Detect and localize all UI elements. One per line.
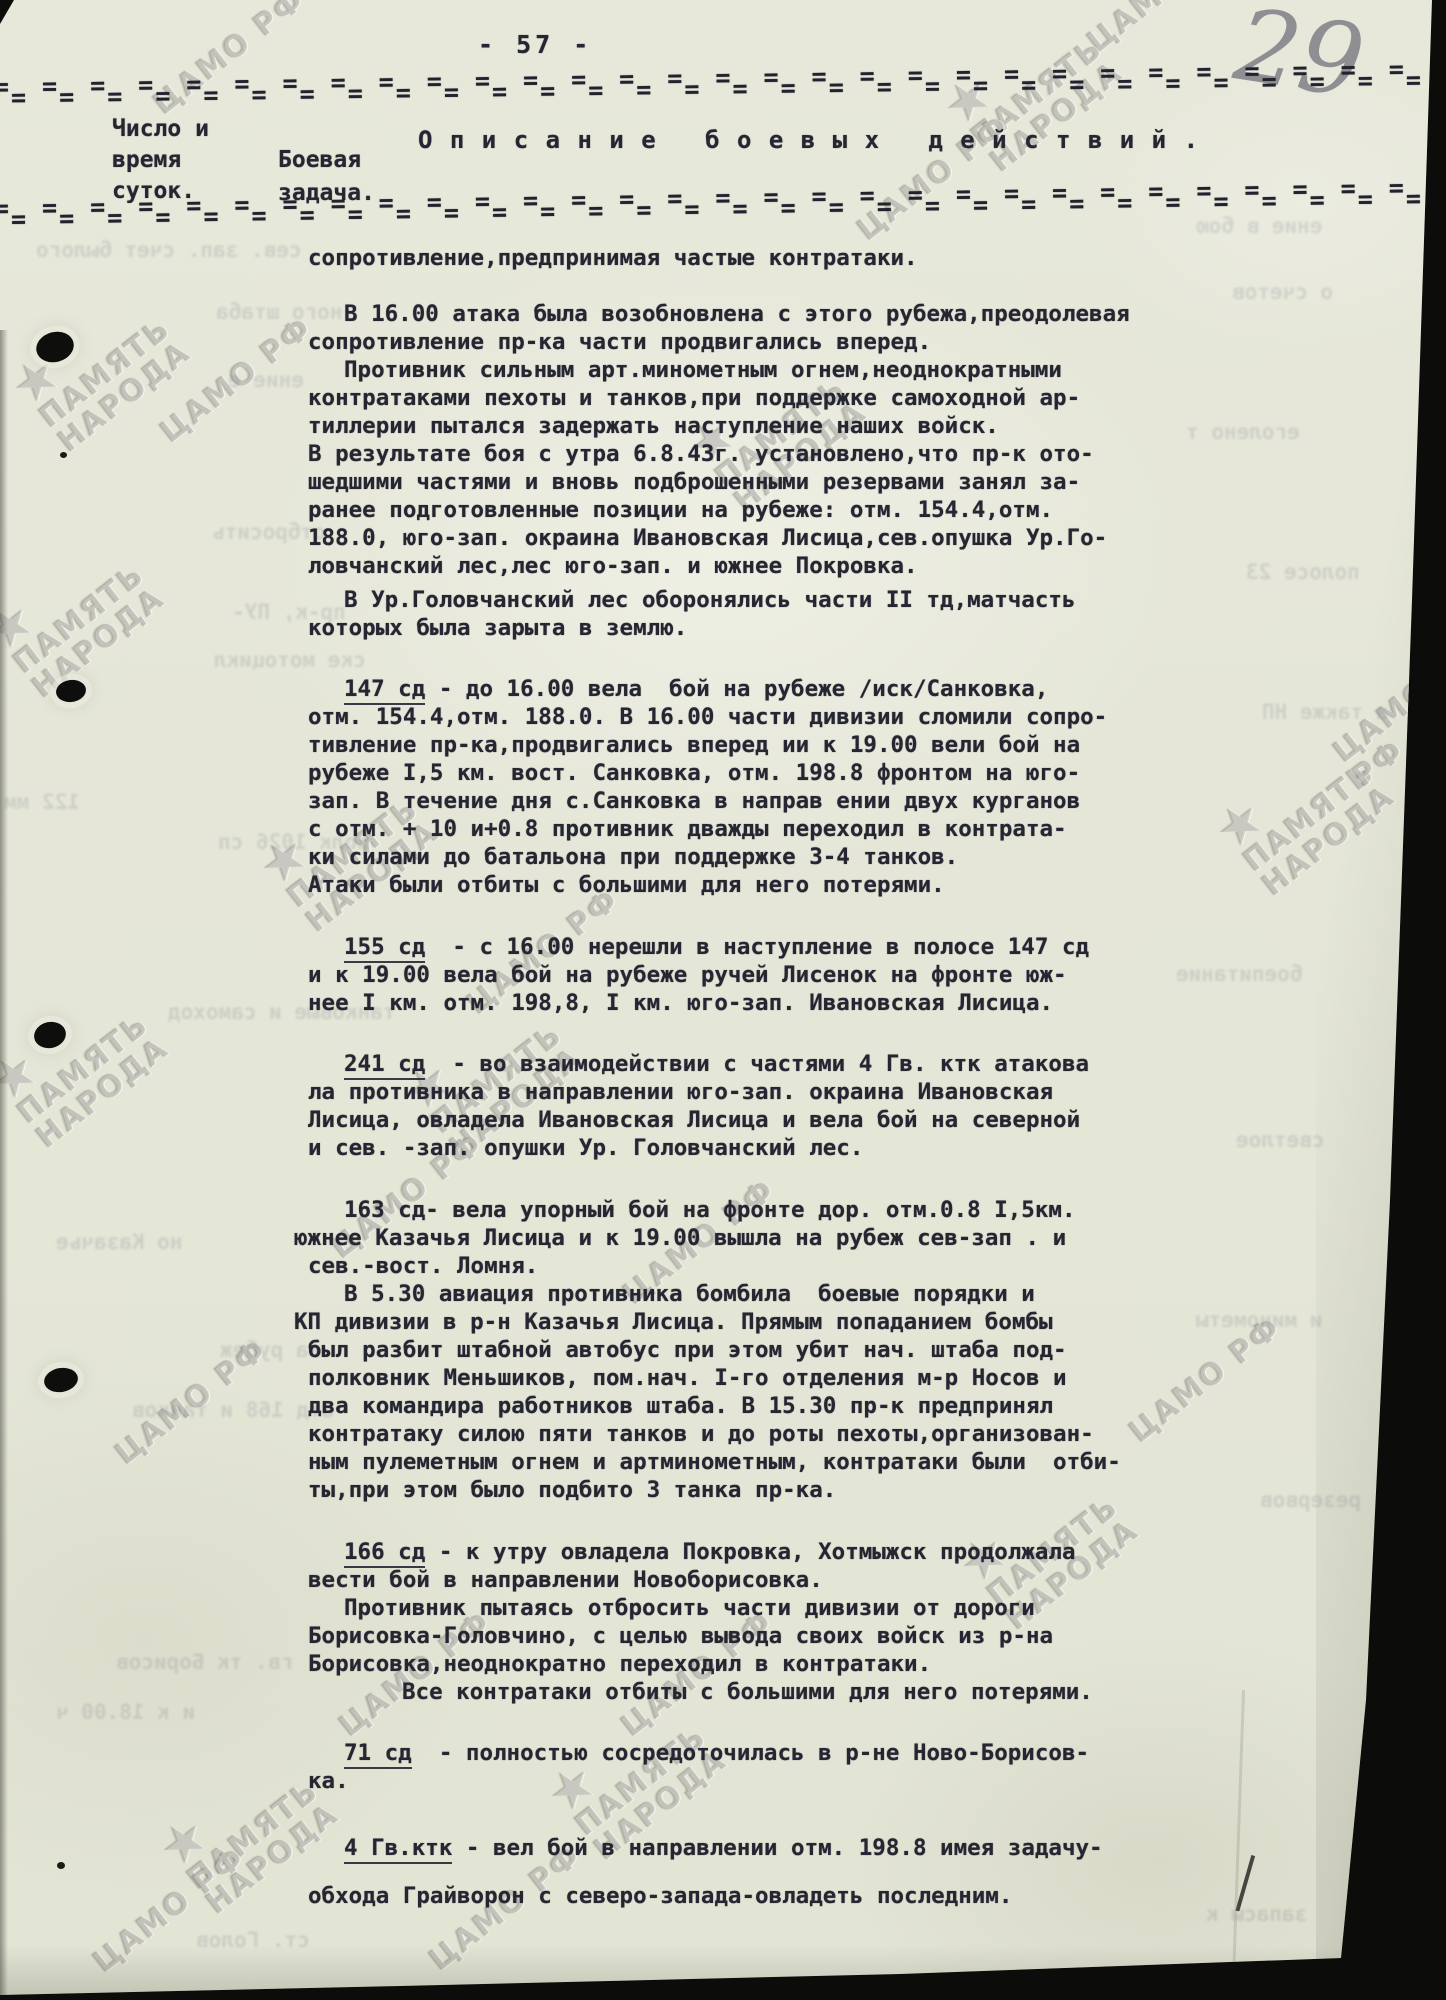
document-line: Противник пытаясь отбросить части дивизи… bbox=[308, 1594, 1168, 1622]
document-line: шедшими частями и вновь подброшенными ре… bbox=[308, 468, 1168, 496]
document-line: 163 сд- вела упорный бой на фронте дор. … bbox=[308, 1196, 1168, 1224]
scanned-page: ЦАМО РФЦАМО РФ★ПАМЯТЬНАРОДАЦАМО РФ★ПАМЯТ… bbox=[0, 0, 1446, 2000]
document-line: Борисовка-Головчино, с целью вывода свои… bbox=[308, 1622, 1168, 1650]
bleedthrough-text: и минометы bbox=[1196, 1308, 1322, 1332]
document-line: Все контратаки отбиты с большими для нег… bbox=[308, 1678, 1168, 1706]
bleedthrough-text: о счетов bbox=[1232, 280, 1333, 304]
bleedthrough-text: светлое bbox=[1236, 1128, 1325, 1152]
bleedthrough-text: ение е bbox=[228, 368, 304, 392]
bleedthrough-text: полосе 23 bbox=[1246, 560, 1360, 584]
document-line: сев.-вост. Ломня. bbox=[308, 1252, 1168, 1280]
document-line: ранее подготовленные позиции на рубеже: … bbox=[308, 496, 1168, 524]
document-line: контратаку силою пяти танков и до роты п… bbox=[308, 1420, 1168, 1448]
document-line: 241 сд - во взаимодействии с частями 4 Г… bbox=[308, 1050, 1168, 1078]
document-line: ки силами до батальона при поддержке 3-4… bbox=[308, 843, 1168, 871]
column-date-time-line: время bbox=[112, 145, 209, 176]
document-line: с отм. + 10 и+0.8 противник дважды перех… bbox=[308, 815, 1168, 843]
document-line: Борисовка,неоднократно переходил в контр… bbox=[308, 1650, 1168, 1678]
unit-designation: 4 Гв.ктк bbox=[344, 1835, 452, 1864]
document-line: зап. В течение дня с.Санковка в направ е… bbox=[308, 787, 1168, 815]
watermark-camo-rf: ЦАМО РФ bbox=[88, 1842, 251, 1979]
bleedthrough-text: 122 мм bbox=[4, 790, 80, 814]
unit-designation: 147 сд bbox=[344, 676, 425, 705]
punch-hole bbox=[55, 678, 88, 704]
ink-smudge bbox=[1235, 1855, 1266, 1915]
watermark-camo-rf: ЦАМО РФ bbox=[1328, 671, 1446, 793]
bleedthrough-text: еголено т bbox=[1186, 420, 1300, 444]
document-line: обхода Грайворон с северо-запада-овладет… bbox=[308, 1882, 1168, 1910]
dashed-separator-bottom: = = = = = = = = = = = = = = = = = = = = … bbox=[0, 181, 1446, 239]
column-date-time: Число и время суток. bbox=[112, 114, 209, 207]
document-line: Лисица, овладела Ивановская Лисица и вел… bbox=[308, 1106, 1168, 1134]
paper-speck bbox=[57, 1862, 65, 1869]
paper-sheet: ЦАМО РФЦАМО РФ★ПАМЯТЬНАРОДАЦАМО РФ★ПАМЯТ… bbox=[0, 0, 1446, 2000]
document-body: сопротивление,предпринимая частые контра… bbox=[308, 244, 1168, 1910]
punch-hole bbox=[32, 1019, 69, 1051]
document-line: которых была зарыта в землю. bbox=[308, 614, 1168, 642]
star-icon: ★ bbox=[1209, 723, 1362, 856]
watermark-camo-rf: ЦАМО РФ bbox=[1082, 0, 1245, 58]
document-line: ты,при этом было подбито 3 танка пр-ка. bbox=[308, 1476, 1168, 1504]
document-line: Атаки были отбиты с большими для него по… bbox=[308, 871, 1168, 899]
document-line: ла противника в направлении юго-зап. окр… bbox=[308, 1078, 1168, 1106]
punch-hole bbox=[33, 328, 77, 367]
document-line: нее I км. отм. 198,8, I км. юго-зап. Ива… bbox=[308, 989, 1168, 1017]
star-icon: ★ bbox=[0, 525, 132, 658]
watermark-camo-rf: ЦАМО РФ bbox=[110, 1334, 273, 1471]
dashed-separator-top: = = = = = = = = = = = = = = = = = = = = … bbox=[0, 63, 1446, 117]
document-line: контратаками пехоты и танков,при поддерж… bbox=[308, 384, 1168, 412]
document-line: вести бой в направлении Новоборисовка. bbox=[308, 1566, 1168, 1594]
document-line: КП дивизии в р-н Казачья Лисица. Прямым … bbox=[294, 1308, 1168, 1336]
watermark-camo-rf: ЦАМО РФ bbox=[155, 312, 318, 449]
unit-designation: 71 сд bbox=[344, 1740, 412, 1769]
bleedthrough-text: но Казачье bbox=[56, 1230, 182, 1254]
punch-hole bbox=[42, 1365, 80, 1395]
paper-edge-left bbox=[0, 330, 8, 2000]
document-line: сопротивление пр-ка части продвигались в… bbox=[308, 328, 1168, 356]
document-line: Противник сильным арт.минометным огнем,н… bbox=[308, 356, 1168, 384]
document-line: тиллерии пытался задержать наступление н… bbox=[308, 412, 1168, 440]
document-line: ным пулеметным огнем и артминометным, ко… bbox=[308, 1448, 1168, 1476]
document-line: В Ур.Головчанский лес оборонялись части … bbox=[308, 586, 1168, 614]
document-line: 166 сд - к утру овладела Покровка, Хотмы… bbox=[308, 1538, 1168, 1566]
bleedthrough-text: сев. зап. счет былого bbox=[36, 238, 302, 262]
document-line: рубеже I,5 км. вост. Санковка, отм. 198.… bbox=[308, 759, 1168, 787]
document-line: 188.0, юго-зап. окраина Ивановская Лисиц… bbox=[308, 524, 1168, 552]
document-line: два командира работников штаба. В 15.30 … bbox=[308, 1392, 1168, 1420]
bleedthrough-text: атд 168 и танков bbox=[132, 1398, 334, 1422]
document-line: полковник Меньшиков, пом.нач. I-го отдел… bbox=[308, 1364, 1168, 1392]
column-date-time-line: Число и bbox=[112, 114, 209, 145]
document-line: южнее Казачья Лисица и к 19.00 вышла на … bbox=[294, 1224, 1168, 1252]
bleedthrough-text: гв. тк Борисов bbox=[116, 1650, 293, 1674]
document-line: тивление пр-ка,продвигались вперед ии к … bbox=[308, 731, 1168, 759]
document-line: 4 Гв.ктк - вел бой в направлении отм. 19… bbox=[308, 1834, 1168, 1862]
bleedthrough-text: на рубеж bbox=[220, 1338, 321, 1362]
page-number: - 57 - bbox=[478, 30, 592, 59]
bleedthrough-text: боепитание bbox=[1176, 962, 1302, 986]
watermark-pamyat-naroda: ★ПАМЯТЬНАРОДА bbox=[8, 279, 196, 458]
document-line: В результате боя с утра 6.8.43г. установ… bbox=[308, 440, 1168, 468]
star-icon: ★ bbox=[5, 279, 158, 412]
document-line: и к 19.00 вела бой на рубеже ручей Лисен… bbox=[308, 961, 1168, 989]
watermark-pamyat-naroda: ★ПАМЯТЬНАРОДА bbox=[1212, 723, 1400, 902]
bleedthrough-text: а также НП bbox=[1262, 700, 1388, 724]
bleedthrough-text: запасы к bbox=[1206, 1902, 1307, 1926]
bleedthrough-text: и к 18.00 ч bbox=[56, 1700, 195, 1724]
paper-crease bbox=[1232, 1690, 1245, 1980]
column-task-line: Боевая bbox=[278, 144, 375, 177]
watermark-pamyat-naroda: ★ПАМЯТЬНАРОДА bbox=[0, 975, 174, 1154]
paper-speck bbox=[60, 452, 67, 458]
bleedthrough-text: резервов bbox=[1260, 1488, 1361, 1512]
bleedthrough-text: ст. Голов bbox=[196, 1928, 310, 1952]
paper-edge-bottom bbox=[0, 1945, 1446, 2000]
document-line: сопротивление,предпринимая частые контра… bbox=[308, 244, 1168, 272]
document-line: 71 сд - полностью сосредоточилась в р-не… bbox=[308, 1739, 1168, 1767]
document-line: ка. bbox=[308, 1767, 1168, 1795]
document-line: и сев. -зап. опушки Ур. Головчанский лес… bbox=[308, 1134, 1168, 1162]
watermark-pamyat-naroda: ★ПАМЯТЬНАРОДА bbox=[0, 525, 170, 704]
document-line: В 16.00 атака была возобновлена с этого … bbox=[308, 300, 1168, 328]
document-line: ловчанский лес,лес юго-зап. и южнее Покр… bbox=[308, 552, 1168, 580]
paper-edge-right bbox=[1316, 0, 1446, 2000]
document-line: В 5.30 авиация противника бомбила боевые… bbox=[308, 1280, 1168, 1308]
document-line: 147 сд - до 16.00 вела бой на рубеже /ис… bbox=[308, 675, 1168, 703]
star-icon: ★ bbox=[937, 0, 1090, 132]
unit-designation: 241 сд bbox=[344, 1051, 425, 1080]
document-line: 155 сд - с 16.00 нерешли в наступление в… bbox=[308, 933, 1168, 961]
document-line: был разбит штабной автобус при этом убит… bbox=[308, 1336, 1168, 1364]
column-description: О п и с а н и е б о е в ы х д е й с т в … bbox=[418, 126, 1200, 154]
unit-designation: 166 сд bbox=[344, 1539, 425, 1568]
star-icon: ★ bbox=[153, 1741, 306, 1874]
star-icon: ★ bbox=[0, 975, 136, 1108]
unit-designation: 155 сд bbox=[344, 934, 425, 963]
document-line: отм. 154.4,отм. 188.0. В 16.00 части див… bbox=[308, 703, 1168, 731]
